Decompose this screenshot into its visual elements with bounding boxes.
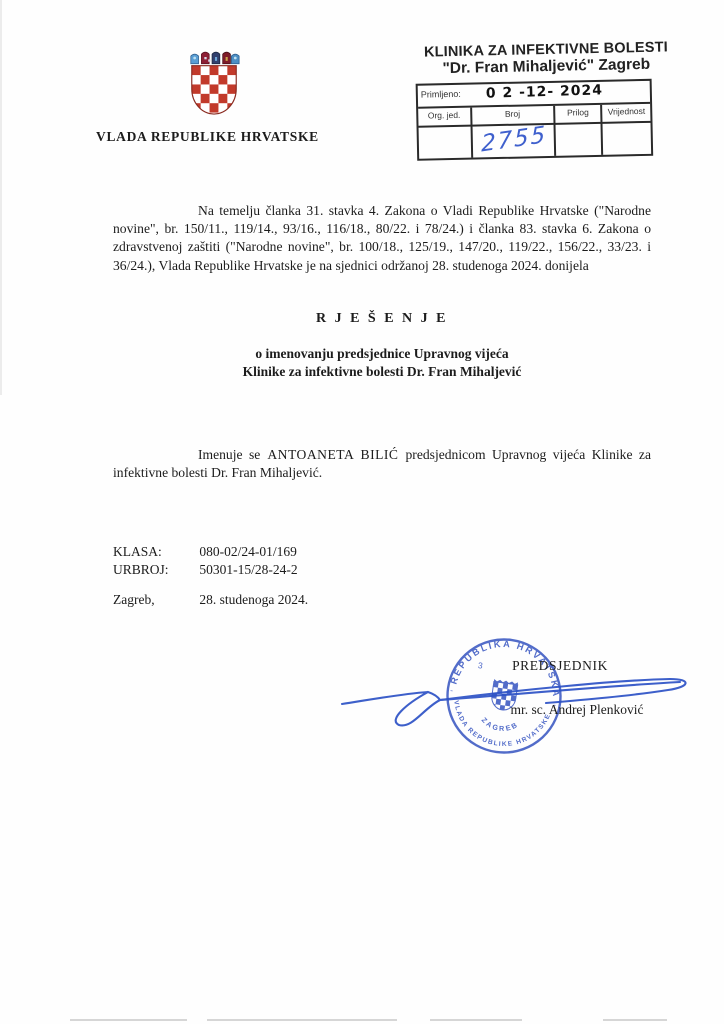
received-date-stamp: 0 2 -12- 2024 [486,82,604,101]
scan-artifact-dash [430,1019,522,1021]
col-cell-broj: 2755 [472,125,554,158]
subtitle-line2: Klinike za infektivne bolesti Dr. Fran M… [113,363,651,381]
scan-artifact-dash [603,1019,667,1021]
government-title: VLADA REPUBLIKE HRVATSKE [96,129,318,145]
col-org-jed: Org. jed. [418,108,473,159]
col-header: Prilog [555,105,601,125]
coa-checkerboard [192,66,236,116]
croatian-coat-of-arms-icon [185,50,243,122]
klasa-row: KLASA: 080-02/24-01/169 [113,543,308,561]
body-pre: Imenuje se [198,447,260,462]
urbroj-value: 50301-15/28-24-2 [199,562,297,577]
coa-crown [191,52,239,64]
urbroj-row: URBROJ: 50301-15/28-24-2 [113,561,308,579]
urbroj-label: URBROJ: [113,561,196,579]
scan-artifact-dash [207,1019,397,1021]
body-paragraph: Imenuje seANTOANETA BILIĆpredsjednicom U… [113,446,651,483]
date-value: 28. studenoga 2024. [199,592,308,607]
col-cell-empty [555,124,601,156]
document-title: R J E Š E N J E [113,311,651,327]
received-label: Primljeno: [421,89,461,100]
col-broj: Broj 2755 [472,106,556,158]
reference-block: KLASA: 080-02/24-01/169 URBROJ: 50301-15… [113,543,308,609]
col-header: Org. jed. [418,108,470,128]
received-row: Primljeno: 0 2 -12- 2024 [418,81,650,109]
received-stamp-table: Primljeno: 0 2 -12- 2024 Org. jed. Broj … [416,79,654,161]
handwritten-number: 2755 [481,122,547,158]
col-cell-empty [419,127,471,159]
place-date-row: Zagreb, 28. studenoga 2024. [113,591,308,609]
scan-edge-artifact [0,0,2,395]
appointee-name: ANTOANETA BILIĆ [267,447,398,462]
document-page: VLADA REPUBLIKE HRVATSKE KLINIKA ZA INFE… [0,0,724,1024]
received-stamp: KLINIKA ZA INFEKTIVNE BOLESTI "Dr. Fran … [413,39,681,161]
klasa-value: 080-02/24-01/169 [199,544,297,559]
col-prilog: Prilog [555,105,604,156]
handwritten-signature [338,660,700,740]
col-header: Vrijednost [603,104,651,124]
scan-artifact-dash [70,1019,187,1021]
preamble-paragraph: Na temelju članka 31. stavka 4. Zakona o… [113,202,651,276]
klasa-label: KLASA: [113,543,196,561]
col-cell-empty [603,123,651,155]
document-subtitle: o imenovanju predsjednice Upravnog vijeć… [113,345,651,381]
place-label: Zagreb, [113,591,196,609]
col-vrijednost: Vrijednost [603,104,652,155]
subtitle-line1: o imenovanju predsjednice Upravnog vijeć… [113,345,651,363]
